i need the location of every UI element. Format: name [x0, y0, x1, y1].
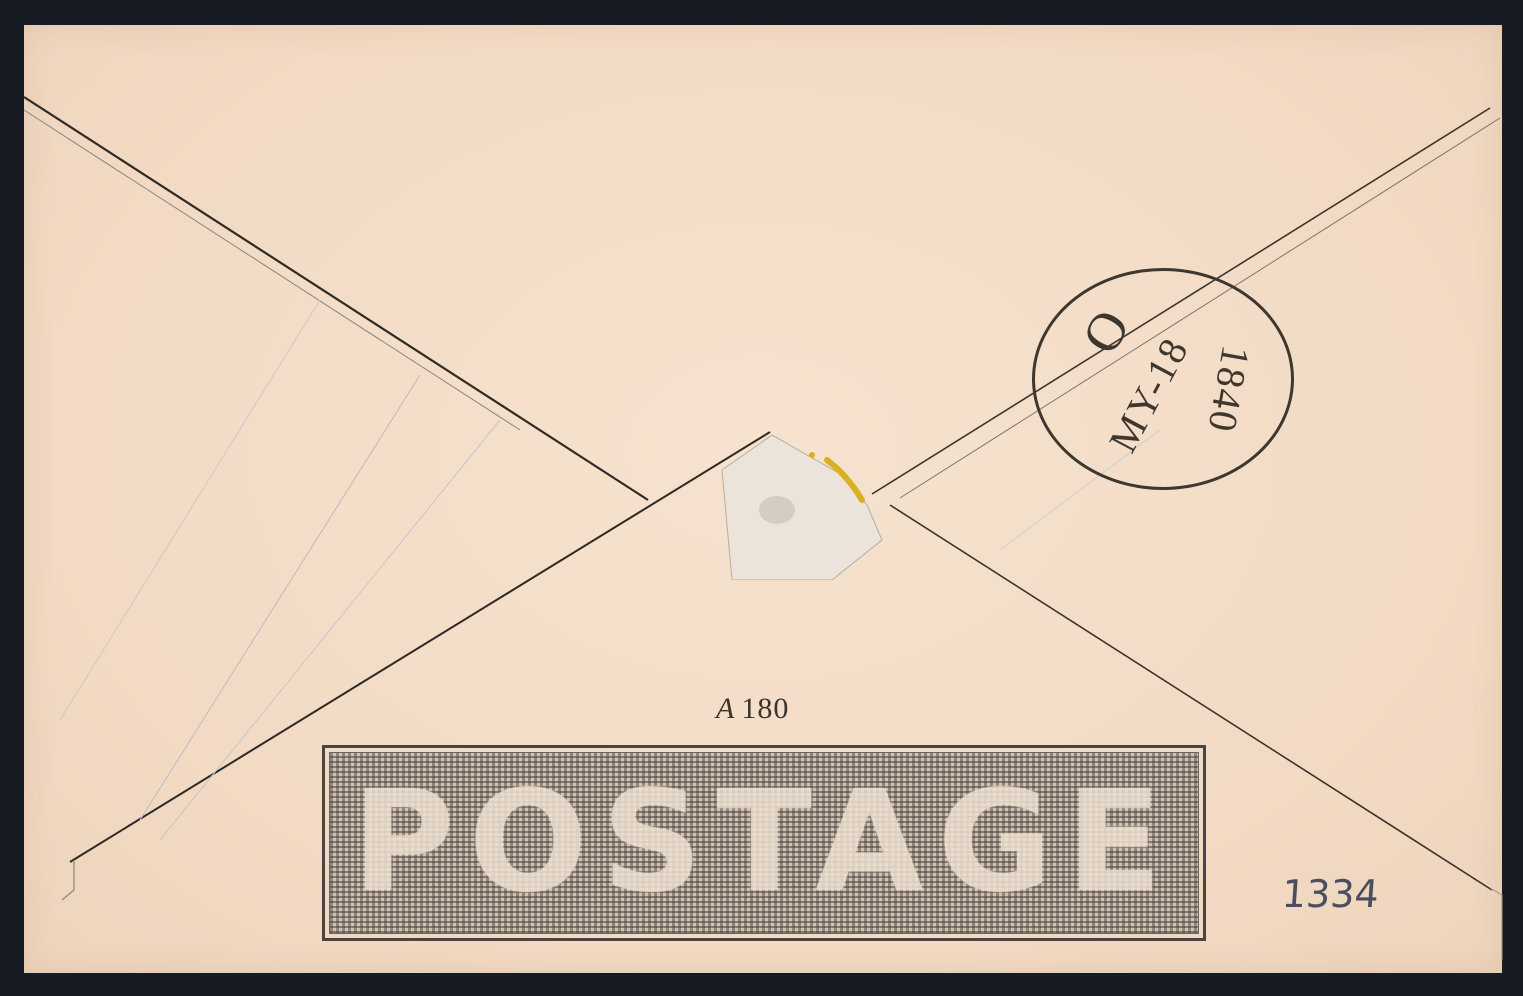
postage-imprint-panel: POSTAGE: [322, 745, 1206, 941]
postmark-letter: O: [1070, 300, 1143, 365]
wax-seal-area: [712, 430, 912, 580]
catalog-prefix: A: [716, 692, 735, 725]
postmark-year: 1840: [1198, 342, 1260, 437]
catalog-number: A180: [716, 692, 789, 726]
catalog-value: 180: [741, 692, 789, 725]
circular-postmark: O MY-18 1840: [1032, 268, 1294, 490]
pencil-annotation: 1334: [1280, 872, 1380, 916]
postage-imprint-text: POSTAGE: [352, 773, 1176, 913]
postage-imprint-pattern: POSTAGE: [329, 752, 1199, 934]
